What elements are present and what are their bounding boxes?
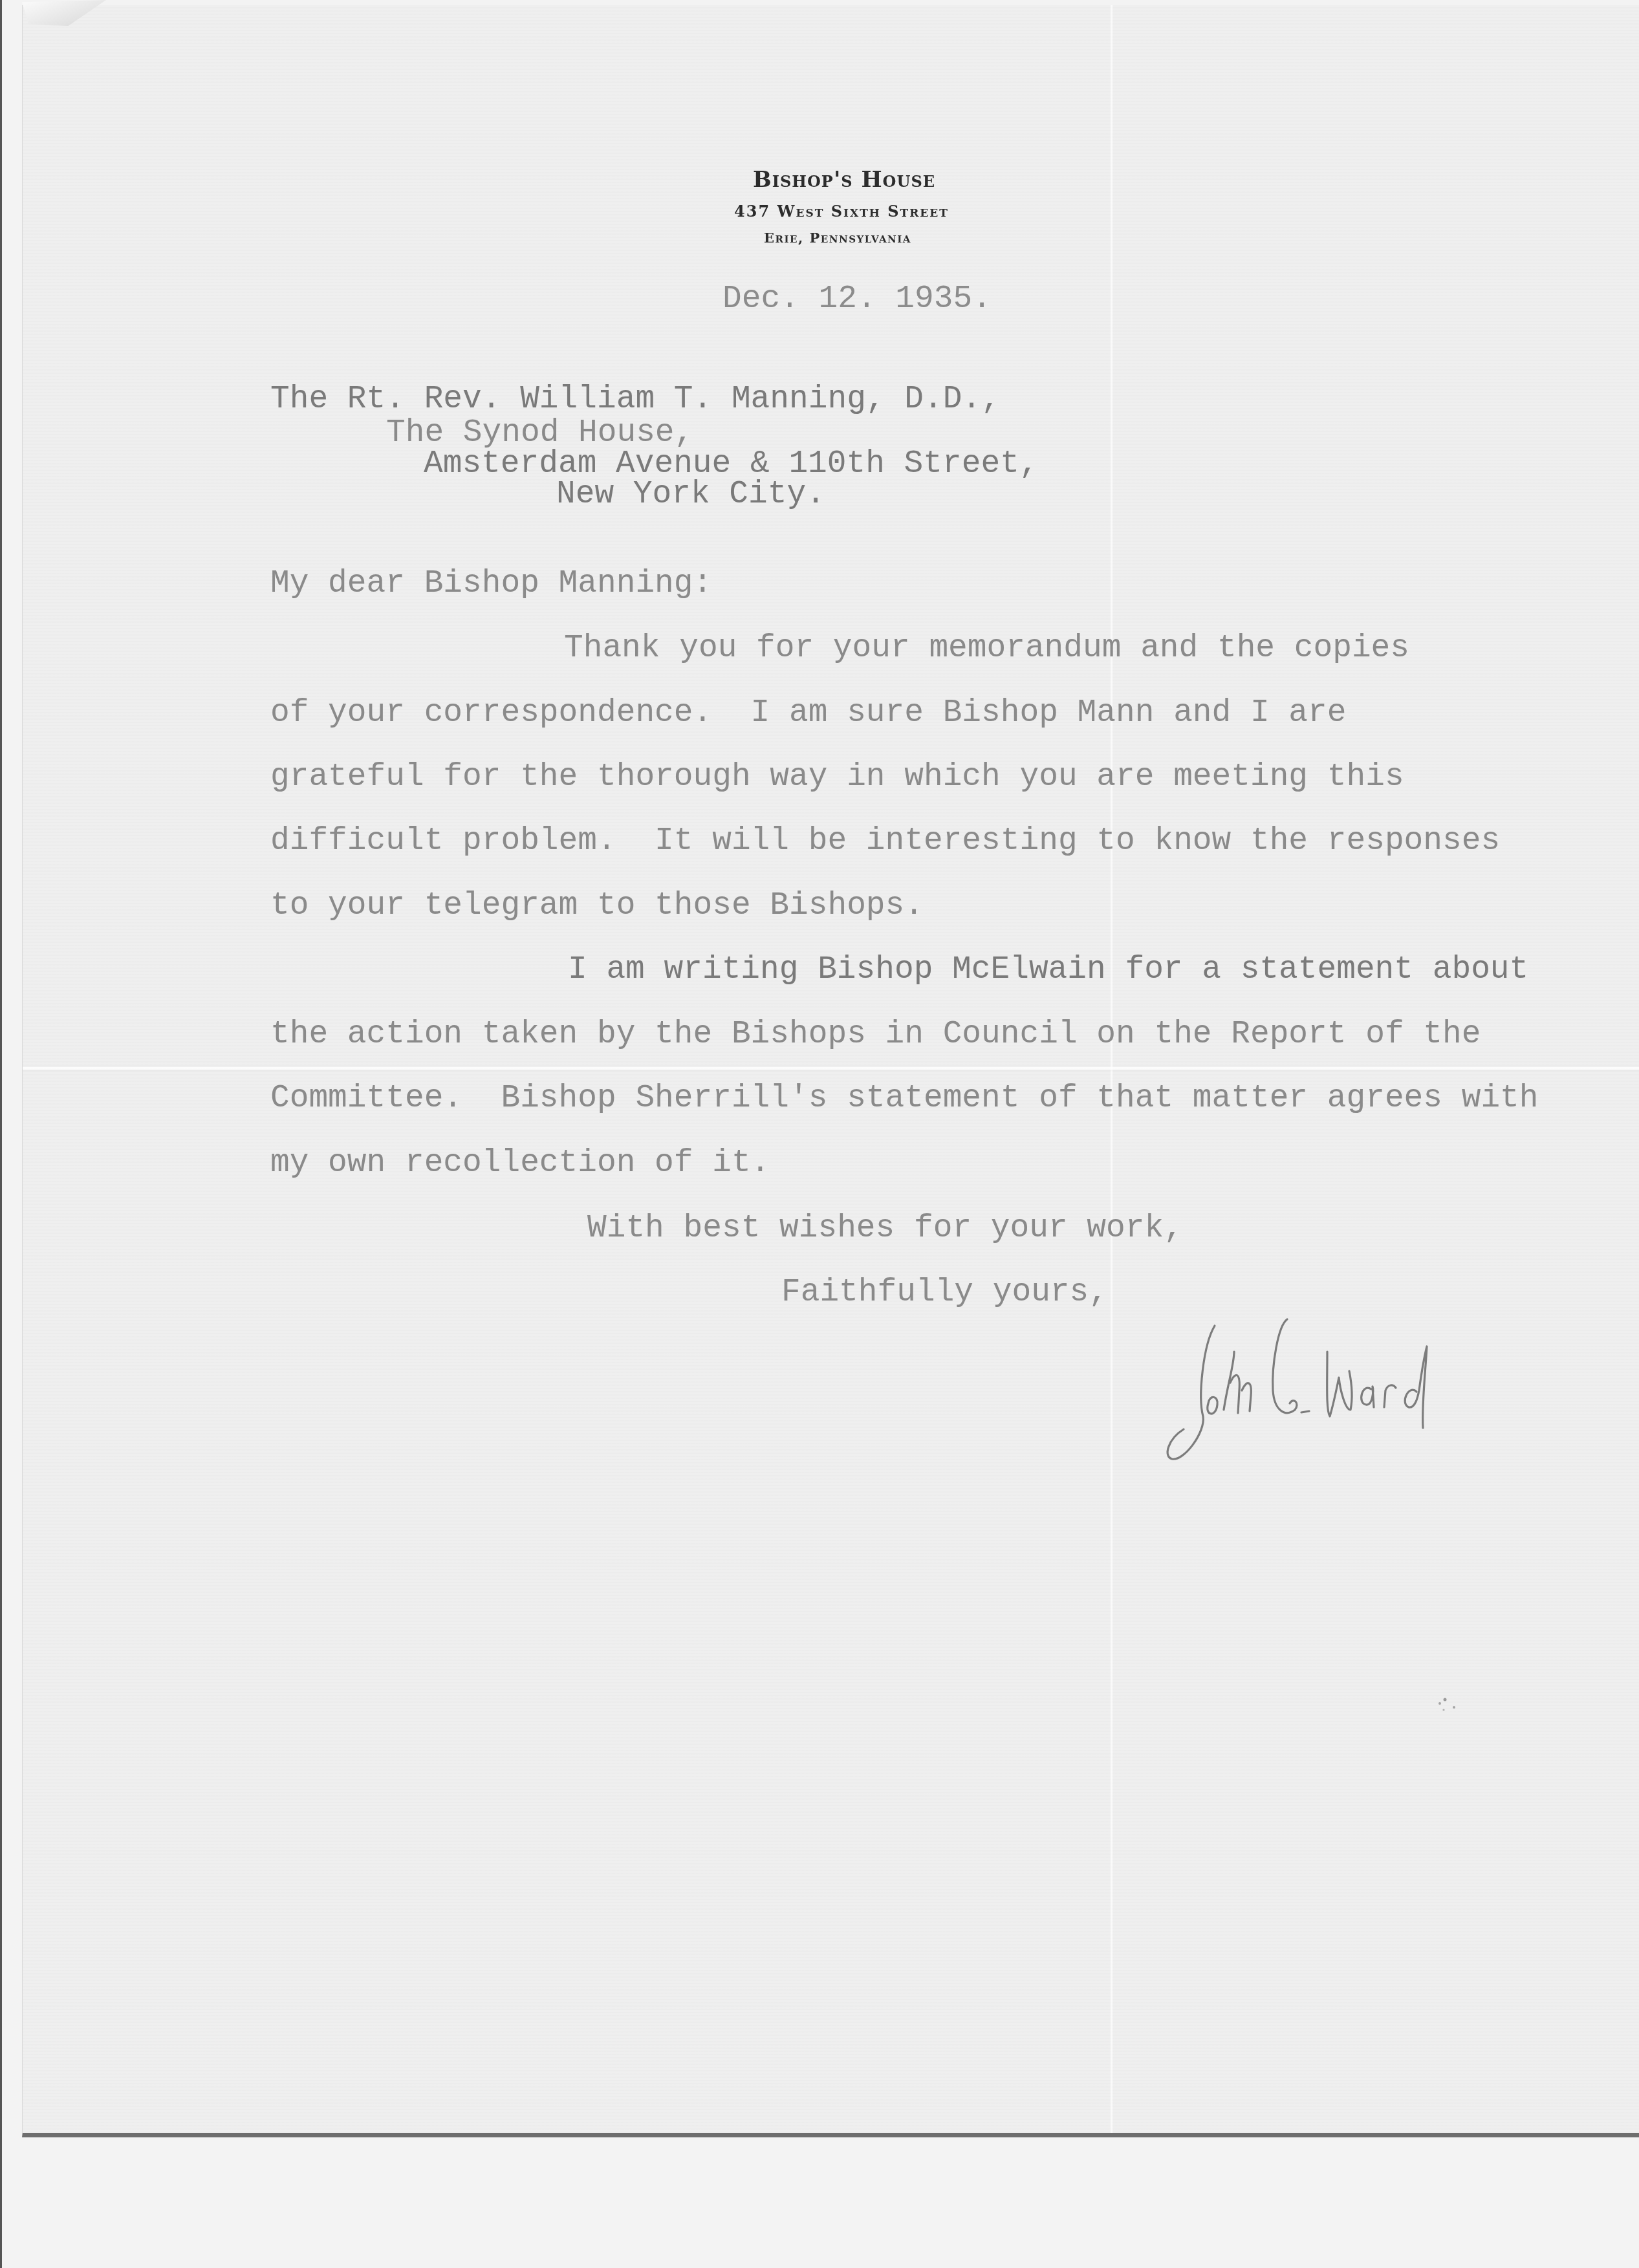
body-line: to your telegram to those Bishops. bbox=[270, 890, 924, 922]
letter-page bbox=[22, 5, 1639, 2137]
ink-smudge bbox=[1437, 1696, 1457, 1714]
body-line: difficult problem. It will be interestin… bbox=[270, 825, 1500, 858]
letterhead-street: 437 West Sixth Street bbox=[22, 202, 1639, 221]
valediction: Faithfully yours, bbox=[781, 1277, 1108, 1309]
recipient-line-4: New York City. bbox=[556, 479, 825, 511]
handwritten-signature bbox=[1158, 1306, 1520, 1462]
recipient-line-1: The Rt. Rev. William T. Manning, D.D., bbox=[270, 383, 1001, 416]
closing-wishes: With best wishes for your work, bbox=[587, 1213, 1183, 1245]
salutation: My dear Bishop Manning: bbox=[270, 568, 712, 600]
recipient-line-2: The Synod House, bbox=[386, 417, 693, 449]
letterhead-name: Bishop's House bbox=[25, 167, 1639, 193]
letterhead-city: Erie, Pennsylvania bbox=[18, 230, 1639, 246]
horizontal-fold-crease bbox=[23, 1067, 1639, 1070]
body-line: I am writing Bishop McElwain for a state… bbox=[568, 954, 1528, 986]
body-line: Thank you for your memorandum and the co… bbox=[564, 632, 1409, 665]
body-line: grateful for the thorough way in which y… bbox=[270, 761, 1404, 794]
body-line: Committee. Bishop Sherrill's statement o… bbox=[270, 1083, 1539, 1115]
body-line: of your correspondence. I am sure Bishop… bbox=[270, 697, 1346, 729]
body-line: my own recollection of it. bbox=[270, 1147, 770, 1180]
letter-date: Dec. 12. 1935. bbox=[722, 283, 992, 316]
scanner-edge bbox=[0, 0, 2, 2268]
body-line: the action taken by the Bishops in Counc… bbox=[270, 1019, 1481, 1051]
